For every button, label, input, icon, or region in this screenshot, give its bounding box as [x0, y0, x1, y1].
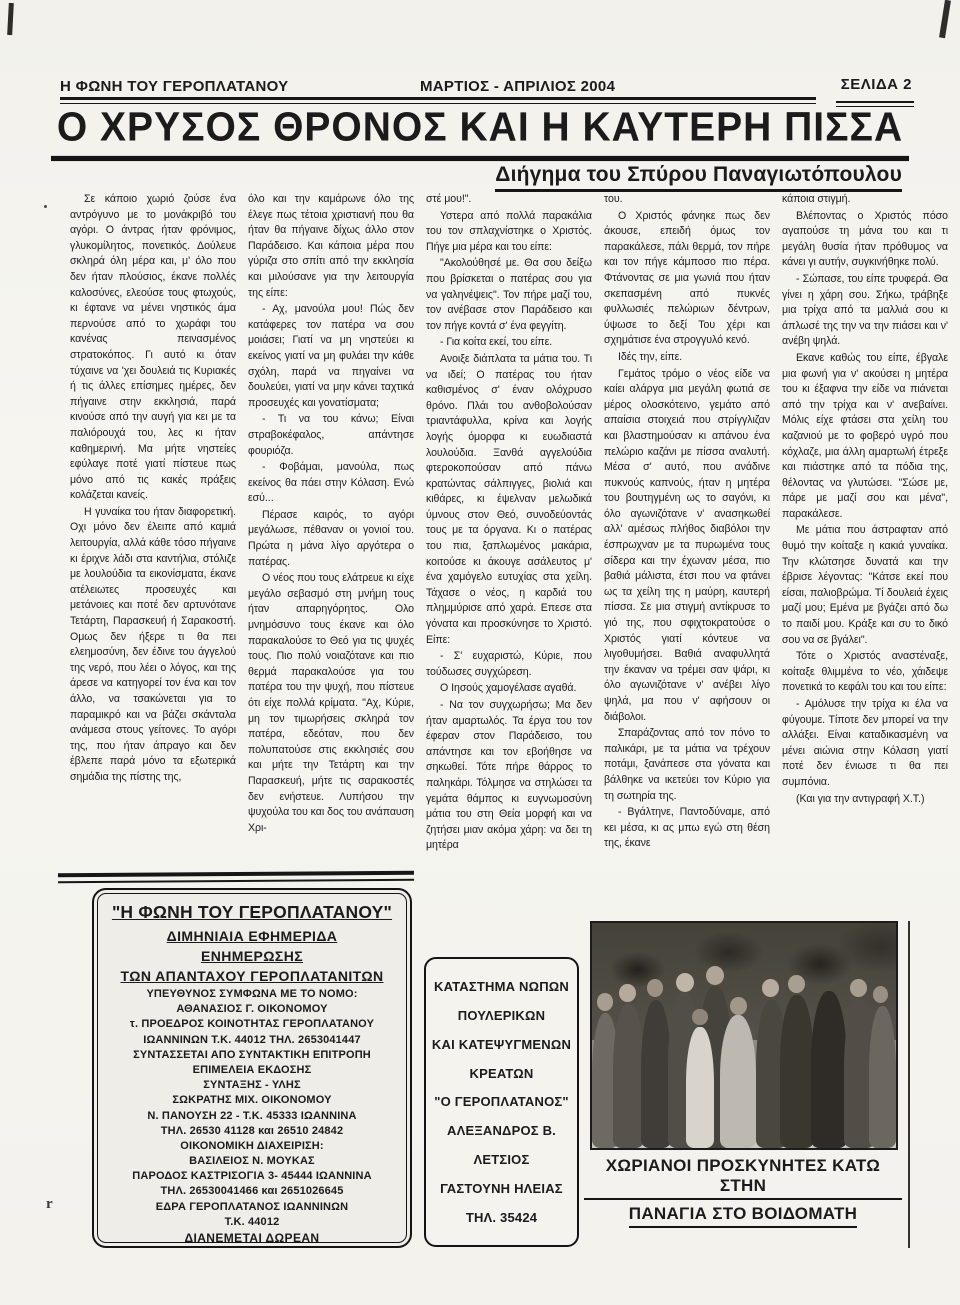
imprint-line: ΔΙΑΝΕΜΕΤΑΙ ΔΩΡΕΑΝ [102, 1231, 402, 1243]
article-paragraph: Πέρασε καιρός, το αγόρι μεγάλωσε, πέθανα… [248, 508, 414, 570]
article-paragraph: Βλέποντας ο Χριστός πόσο αγαπούσε τη μάν… [782, 209, 948, 271]
article-column-2: όλο και την καμάρωνε όλο της έλεγε πως τ… [248, 192, 414, 880]
article-paragraph: Ανοιξε διάπλατα τα μάτια του. Τι να ιδεί… [426, 352, 592, 648]
imprint-line: τ. ΠΡΟΕΔΡΟΣ ΚΟΙΝΟΤΗΤΑΣ ΓΕΡΟΠΛΑΤΑΝΟΥ [102, 1018, 402, 1030]
photo-figure [869, 1006, 896, 1148]
article-column-5: κάποια στιγμή.Βλέποντας ο Χριστός πόσο α… [782, 192, 948, 922]
photo-figure-child [720, 1015, 756, 1148]
ad-line: ΚΑΤΑΣΤΗΜΑ ΝΩΠΩΝ [428, 979, 575, 994]
article-paragraph: "Ακολούθησέ με. Θα σου δείξω που βρίσκετ… [426, 256, 592, 334]
photo-figure-head [619, 984, 636, 1002]
ad-line: ΚΡΕΑΤΩΝ [428, 1066, 575, 1081]
article-body: Σε κάποιο χωριό ζούσε ένα αντρόγυνο με τ… [70, 192, 948, 934]
article-headline: Ο ΧΡΥΣΟΣ ΘΡΟΝΟΣ ΚΑΙ Η ΚΑΥΤΕΡΗ ΠΙΣΣΑ [0, 106, 960, 160]
article-paragraph: - Βγάλτηνε, Παντοδύναμε, από κει μέσα, κ… [604, 805, 770, 852]
article-column-4: του.Ο Χριστός φάνηκε πως δεν άκουσε, επε… [604, 192, 770, 922]
newspaper-title: Η ΦΩΝΗ ΤΟΥ ΓΕΡΟΠΛΑΤΑΝΟΥ [60, 78, 420, 95]
article-paragraph: - Για κοίτα εκεί, του είπε. [426, 335, 592, 351]
page-number: ΣΕΛΙΔΑ 2 [841, 76, 912, 95]
article-paragraph: - Φοβάμαι, μανούλα, πως εκείνος θα πάει … [248, 460, 414, 507]
photo-figure-child [686, 1027, 713, 1149]
scan-artifact [939, 0, 951, 38]
photo-figure-head [706, 966, 724, 985]
article-paragraph: (Και για την αντιγραφή Χ.Τ.) [782, 792, 948, 808]
article-paragraph: Η γυναίκα του ήταν διαφορετική. Οχι μόνο… [70, 505, 236, 786]
ad-box: ΚΑΤΑΣΤΗΜΑ ΝΩΠΩΝΠΟΥΛΕΡΙΚΩΝΚΑΙ ΚΑΤΕΨΥΓΜΕΝΩ… [424, 957, 579, 1247]
ad-line: ΑΛΕΞΑΝΔΡΟΣ Β. [428, 1123, 575, 1138]
article-paragraph: - Αχ, μανούλα μου! Πώς δεν κατάφερες τον… [248, 302, 414, 411]
photo-figure [613, 1004, 643, 1148]
photo-figure [780, 995, 813, 1148]
scan-artifact-letter: r [46, 1196, 53, 1213]
article-paragraph: - Σώπασε, του είπε τρυφερά. Θα γίνει η χ… [782, 272, 948, 350]
photo-figure-head [692, 1009, 707, 1026]
photo-side-rule [908, 921, 910, 1248]
article-paragraph: Τότε ο Χριστός αναστέναξε, κοίταξε θλιμμ… [782, 649, 948, 696]
article-paragraph: όλο και την καμάρωνε όλο της έλεγε πως τ… [248, 192, 414, 301]
imprint-line: ΠΑΡΟΔΟΣ ΚΑΣΤΡΙΣΟΓΙΑ 3- 45444 ΙΩΑΝΝΙΝΑ [102, 1170, 402, 1182]
group-photo [590, 921, 898, 1150]
ad-line: ΠΟΥΛΕΡΙΚΩΝ [428, 1008, 575, 1023]
imprint-line: ΕΠΙΜΕΛΕΙΑ ΕΚΔΟΣΗΣ [102, 1064, 402, 1076]
imprint-line: ΤΗΛ. 26530041466 και 2651026645 [102, 1185, 402, 1197]
imprint-line: ΑΘΑΝΑΣΙΟΣ Γ. ΟΙΚΟΝΟΜΟΥ [102, 1003, 402, 1015]
article-paragraph: Σπαράζοντας από τον πόνο το παλικάρι, με… [604, 726, 770, 804]
caption-line: ΠΑΝΑΓΙΑ ΣΤΟ ΒΟΙΔΟΜΑΤΗ [629, 1204, 857, 1228]
article-paragraph: Ο Ιησούς χαμογέλασε αγαθά. [426, 681, 592, 697]
imprint-line: ΤΩΝ ΑΠΑΝΤΑΧΟΥ ΓΕΡΟΠΛΑΤΑΝΙΤΩΝ [102, 968, 402, 984]
article-paragraph: Εκανε καθώς του είπε, έβγαλε μια φωνή γι… [782, 351, 948, 523]
article-byline: Διήγημα του Σπύρου Παναγιωτόπουλου [495, 163, 902, 192]
ad-line: ΚΑΙ ΚΑΤΕΨΥΓΜΕΝΩΝ [428, 1037, 575, 1052]
imprint-line: Τ.Κ. 44012 [102, 1216, 402, 1228]
imprint-line: ΣΥΝΤΑΞΗΣ - ΥΛΗΣ [102, 1079, 402, 1091]
page-header: Η ΦΩΝΗ ΤΟΥ ΓΕΡΟΠΛΑΤΑΝΟΥ ΜΑΡΤΙΟΣ - ΑΠΡΙΛΙ… [60, 76, 912, 95]
photo-caption: ΧΩΡΙΑΝΟΙ ΠΡΟΣΚΥΝΗΤΕΣ ΚΑΤΩ ΣΤΗΝΠΑΝΑΓΙΑ ΣΤ… [584, 1156, 902, 1232]
imprint-box: "Η ΦΩΝΗ ΤΟΥ ΓΕΡΟΠΛΑΤΑΝΟΥ"ΔΙΜΗΝΙΑΙΑ ΕΦΗΜΕ… [92, 888, 412, 1248]
article-column-3: στέ μου!".Υστερα από πολλά παρακάλια του… [426, 192, 592, 922]
caption-line: ΧΩΡΙΑΝΟΙ ΠΡΟΣΚΥΝΗΤΕΣ ΚΑΤΩ ΣΤΗΝ [584, 1156, 902, 1200]
newspaper-page: r Η ΦΩΝΗ ΤΟΥ ΓΕΡΟΠΛΑΤΑΝΟΥ ΜΑΡΤΙΟΣ - ΑΠΡΙ… [0, 0, 960, 1305]
photo-figure [811, 991, 847, 1149]
article-paragraph: - Να τον συγχωρήσω; Μα δεν ήταν αμαρτωλό… [426, 698, 592, 854]
photo-figure-head [597, 993, 614, 1011]
article-byline-text: Διήγημα του Σπύρου Παναγιωτόπουλου [495, 163, 902, 192]
header-rule [60, 97, 816, 104]
article-paragraph: Ο νέος που τους ελάτρευε κι είχε μεγάλο … [248, 571, 414, 836]
photo-figure-head [676, 973, 694, 992]
imprint-line: ΤΗΛ. 26530 41128 και 26510 24842 [102, 1125, 402, 1137]
imprint-line: ΣΥΝΤΑΣΣΕΤΑΙ ΑΠΟ ΣΥΝΤΑΚΤΙΚΗ ΕΠΙΤΡΟΠΗ [102, 1049, 402, 1061]
article-paragraph: Ο Χριστός φάνηκε πως δεν άκουσε, επειδή … [604, 209, 770, 349]
article-paragraph: Υστερα από πολλά παρακάλια του τον σπλαχ… [426, 209, 592, 256]
imprint-line: ΕΝΗΜΕΡΩΣΗΣ [102, 948, 402, 964]
imprint-line: ΕΔΡΑ ΓΕΡΟΠΛΑΤΑΝΟΣ ΙΩΑΝΝΙΝΩΝ [102, 1201, 402, 1213]
article-paragraph: του. [604, 192, 770, 208]
ad-line: ΓΑΣΤΟΥΝΗ ΗΛΕΙΑΣ [428, 1181, 575, 1196]
ad-line: ΤΗΛ. 35424 [428, 1210, 575, 1225]
article-paragraph: Σε κάποιο χωριό ζούσε ένα αντρόγυνο με τ… [70, 192, 236, 504]
imprint-line: ΙΩΑΝΝΙΝΩΝ Τ.Κ. 44012 ΤΗΛ. 2653041447 [102, 1034, 402, 1046]
article-paragraph: - Σ' ευχαριστώ, Κύριε, που τούδωσες συγχ… [426, 649, 592, 680]
article-paragraph: Γεμάτος τρόμο ο νέος είδε να καίει αλάργ… [604, 367, 770, 726]
article-paragraph: - Αμόλυσε την τρίχα κι έλα να φύγουμε. Τ… [782, 697, 948, 791]
imprint-line: ΥΠΕΥΘΥΝΟΣ ΣΥΜΦΩΝΑ ΜΕ ΤΟ ΝΟΜΟ: [102, 988, 402, 1000]
article-headline-text: Ο ΧΡΥΣΟΣ ΘΡΟΝΟΣ ΚΑΙ Η ΚΑΥΤΕΡΗ ΠΙΣΣΑ [51, 105, 909, 161]
imprint-line: ΟΙΚΟΝΟΜΙΚΗ ΔΙΑΧΕΙΡΙΣΗ: [102, 1140, 402, 1152]
article-paragraph: Με μάτια που άστραφταν από θυμό την κοίτ… [782, 523, 948, 648]
article-paragraph: - Τι να του κάνω; Είναι στραβοκέφαλος, α… [248, 412, 414, 459]
ad-line: "Ο ΓΕΡΟΠΛΑΤΑΝΟΣ" [428, 1094, 575, 1109]
imprint-line: Ν. ΠΑΝΟΥΣΗ 22 - Τ.Κ. 45333 ΙΩΑΝΝΙΝΑ [102, 1110, 402, 1122]
photo-figure-head [788, 975, 805, 993]
ad-line: ΛΕΤΣΙΟΣ [428, 1152, 575, 1167]
article-paragraph: κάποια στιγμή. [782, 192, 948, 208]
photo-figure [641, 1000, 671, 1149]
scan-artifact [7, 3, 14, 35]
article-column-1: Σε κάποιο χωριό ζούσε ένα αντρόγυνο με τ… [70, 192, 236, 880]
scan-artifact [44, 205, 47, 208]
imprint-line: ΣΩΚΡΑΤΗΣ ΜΙΧ. ΟΙΚΟΝΟΜΟΥ [102, 1094, 402, 1106]
article-paragraph: Ιδές την, είπε. [604, 350, 770, 366]
imprint-line: ΒΑΣΙΛΕΙΟΣ Ν. ΜΟΥΚΑΣ [102, 1155, 402, 1167]
imprint-line: "Η ΦΩΝΗ ΤΟΥ ΓΕΡΟΠΛΑΤΑΝΟΥ" [102, 902, 402, 923]
imprint-line: ΔΙΜΗΝΙΑΙΑ ΕΦΗΜΕΡΙΔΑ [102, 928, 402, 944]
imprint-box-content: "Η ΦΩΝΗ ΤΟΥ ΓΕΡΟΠΛΑΤΑΝΟΥ"ΔΙΜΗΝΙΑΙΑ ΕΦΗΜΕ… [97, 893, 407, 1243]
issue-date: ΜΑΡΤΙΟΣ - ΑΠΡΙΛΙΟΣ 2004 [420, 78, 750, 95]
article-paragraph: στέ μου!". [426, 192, 592, 208]
